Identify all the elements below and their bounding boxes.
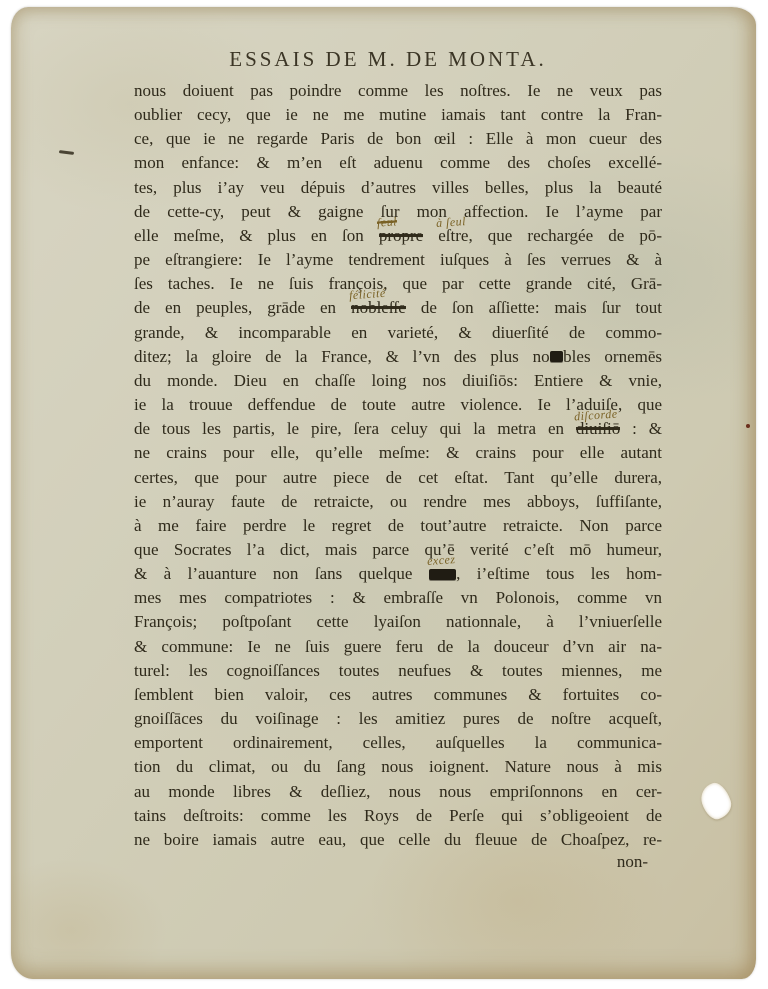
text-line: emportent ordinairement, celles, auſquel…: [134, 731, 662, 755]
corrected-passage: excez: [429, 562, 456, 586]
text-line: ce, que ie ne regarde Paris de bon œil :…: [134, 127, 662, 151]
corrected-passage: diuiſiōdiſcorde: [576, 417, 620, 441]
running-title: ESSAIS DE M. DE MONTA.: [123, 47, 653, 72]
catchword: non-: [617, 852, 648, 871]
text-line: de en peuples, grāde en nobleſſefélicité…: [134, 296, 662, 320]
corrected-passage: propreſeul: [379, 224, 423, 248]
text-line: gnoiſſāces du voiſinage : les amitiez pu…: [134, 707, 662, 731]
text-line: certes, que pour autre piece de cet eſta…: [134, 466, 662, 490]
handwritten-annotation: excez: [427, 553, 456, 567]
catchword-row: non-: [134, 852, 662, 872]
text-line: mon enfance: & m’en eſt aduenu comme des…: [134, 151, 662, 175]
corrected-passage: [550, 345, 564, 369]
text-line: & à l’auanture non ſans quelque excez, i…: [134, 562, 662, 586]
text-line: nous doiuent pas poindre comme les noſtr…: [134, 79, 662, 103]
corrected-passage: eſtreà ſeul: [438, 224, 468, 248]
handwritten-annotation: félicité: [349, 287, 386, 302]
ink-blot: [429, 569, 456, 580]
text-line: pe eſtrangiere: Ie l’ayme tendrement iuſ…: [134, 248, 662, 272]
ink-dot: [746, 424, 750, 428]
text-line: tains deſtroits: comme les Roys de Perſe…: [134, 804, 662, 828]
corrected-passage: nobleſſefélicité: [351, 296, 406, 320]
text-line: du monde. Dieu en chaſſe loing nos diuiſ…: [134, 369, 662, 393]
handwritten-annotation: diſcorde: [574, 407, 618, 422]
text-line: de tous les partis, le pire, ſera celuy …: [134, 417, 662, 441]
text-line: ſemblent bien valoir, ces autres commune…: [134, 683, 662, 707]
text-line: ie n’auray faute de retraicte, ou rendre…: [134, 490, 662, 514]
text-line: au monde libres & deſliez, nous nous emp…: [134, 780, 662, 804]
text-line: ne crains pour elle, qu’elle meſme: & cr…: [134, 441, 662, 465]
ink-blot: [550, 351, 564, 362]
text-line: tes, plus i’ay veu dépuis d’autres ville…: [134, 176, 662, 200]
text-line: ſes taches. Ie ne ſuis françois, que par…: [134, 272, 662, 296]
text-line: oublier cecy, que ie ne me mutine iamais…: [134, 103, 662, 127]
text-line: que Socrates l’a dict, mais parce qu’ē v…: [134, 538, 662, 562]
paper-tear: [697, 780, 735, 823]
text-line: tion du climat, ou du ſang nous ioignent…: [134, 755, 662, 779]
handwritten-annotation: ſeul: [376, 215, 397, 228]
scanned-book-page: ESSAIS DE M. DE MONTA. nous doiuent pas …: [11, 7, 756, 979]
text-block: nous doiuent pas poindre comme les noſtr…: [134, 79, 662, 852]
text-line: à me faire perdre le regret de tout’autr…: [134, 514, 662, 538]
handwritten-annotation: à ſeul: [436, 215, 467, 229]
text-line: de cette-cy, peut & gaigne ſur mon affec…: [134, 200, 662, 224]
text-line: ditez; la gloire de la France, & l’vn de…: [134, 345, 662, 369]
text-line: turel: les cognoiſſances toutes neufues …: [134, 659, 662, 683]
text-line: François; poſtpoſant cette lyaiſon natio…: [134, 610, 662, 634]
text-line: grande, & incomparable en varieté, & diu…: [134, 321, 662, 345]
text-line: mes mes compatriotes : & embraſſe vn Pol…: [134, 586, 662, 610]
text-line: & commune: Ie ne ſuis guere feru de la d…: [134, 635, 662, 659]
text-line: elle meſme, & plus en ſon propreſeul eſt…: [134, 224, 662, 248]
text-line: ne boire iamais autre eau, que celle du …: [134, 828, 662, 852]
ink-speck: [59, 150, 74, 155]
